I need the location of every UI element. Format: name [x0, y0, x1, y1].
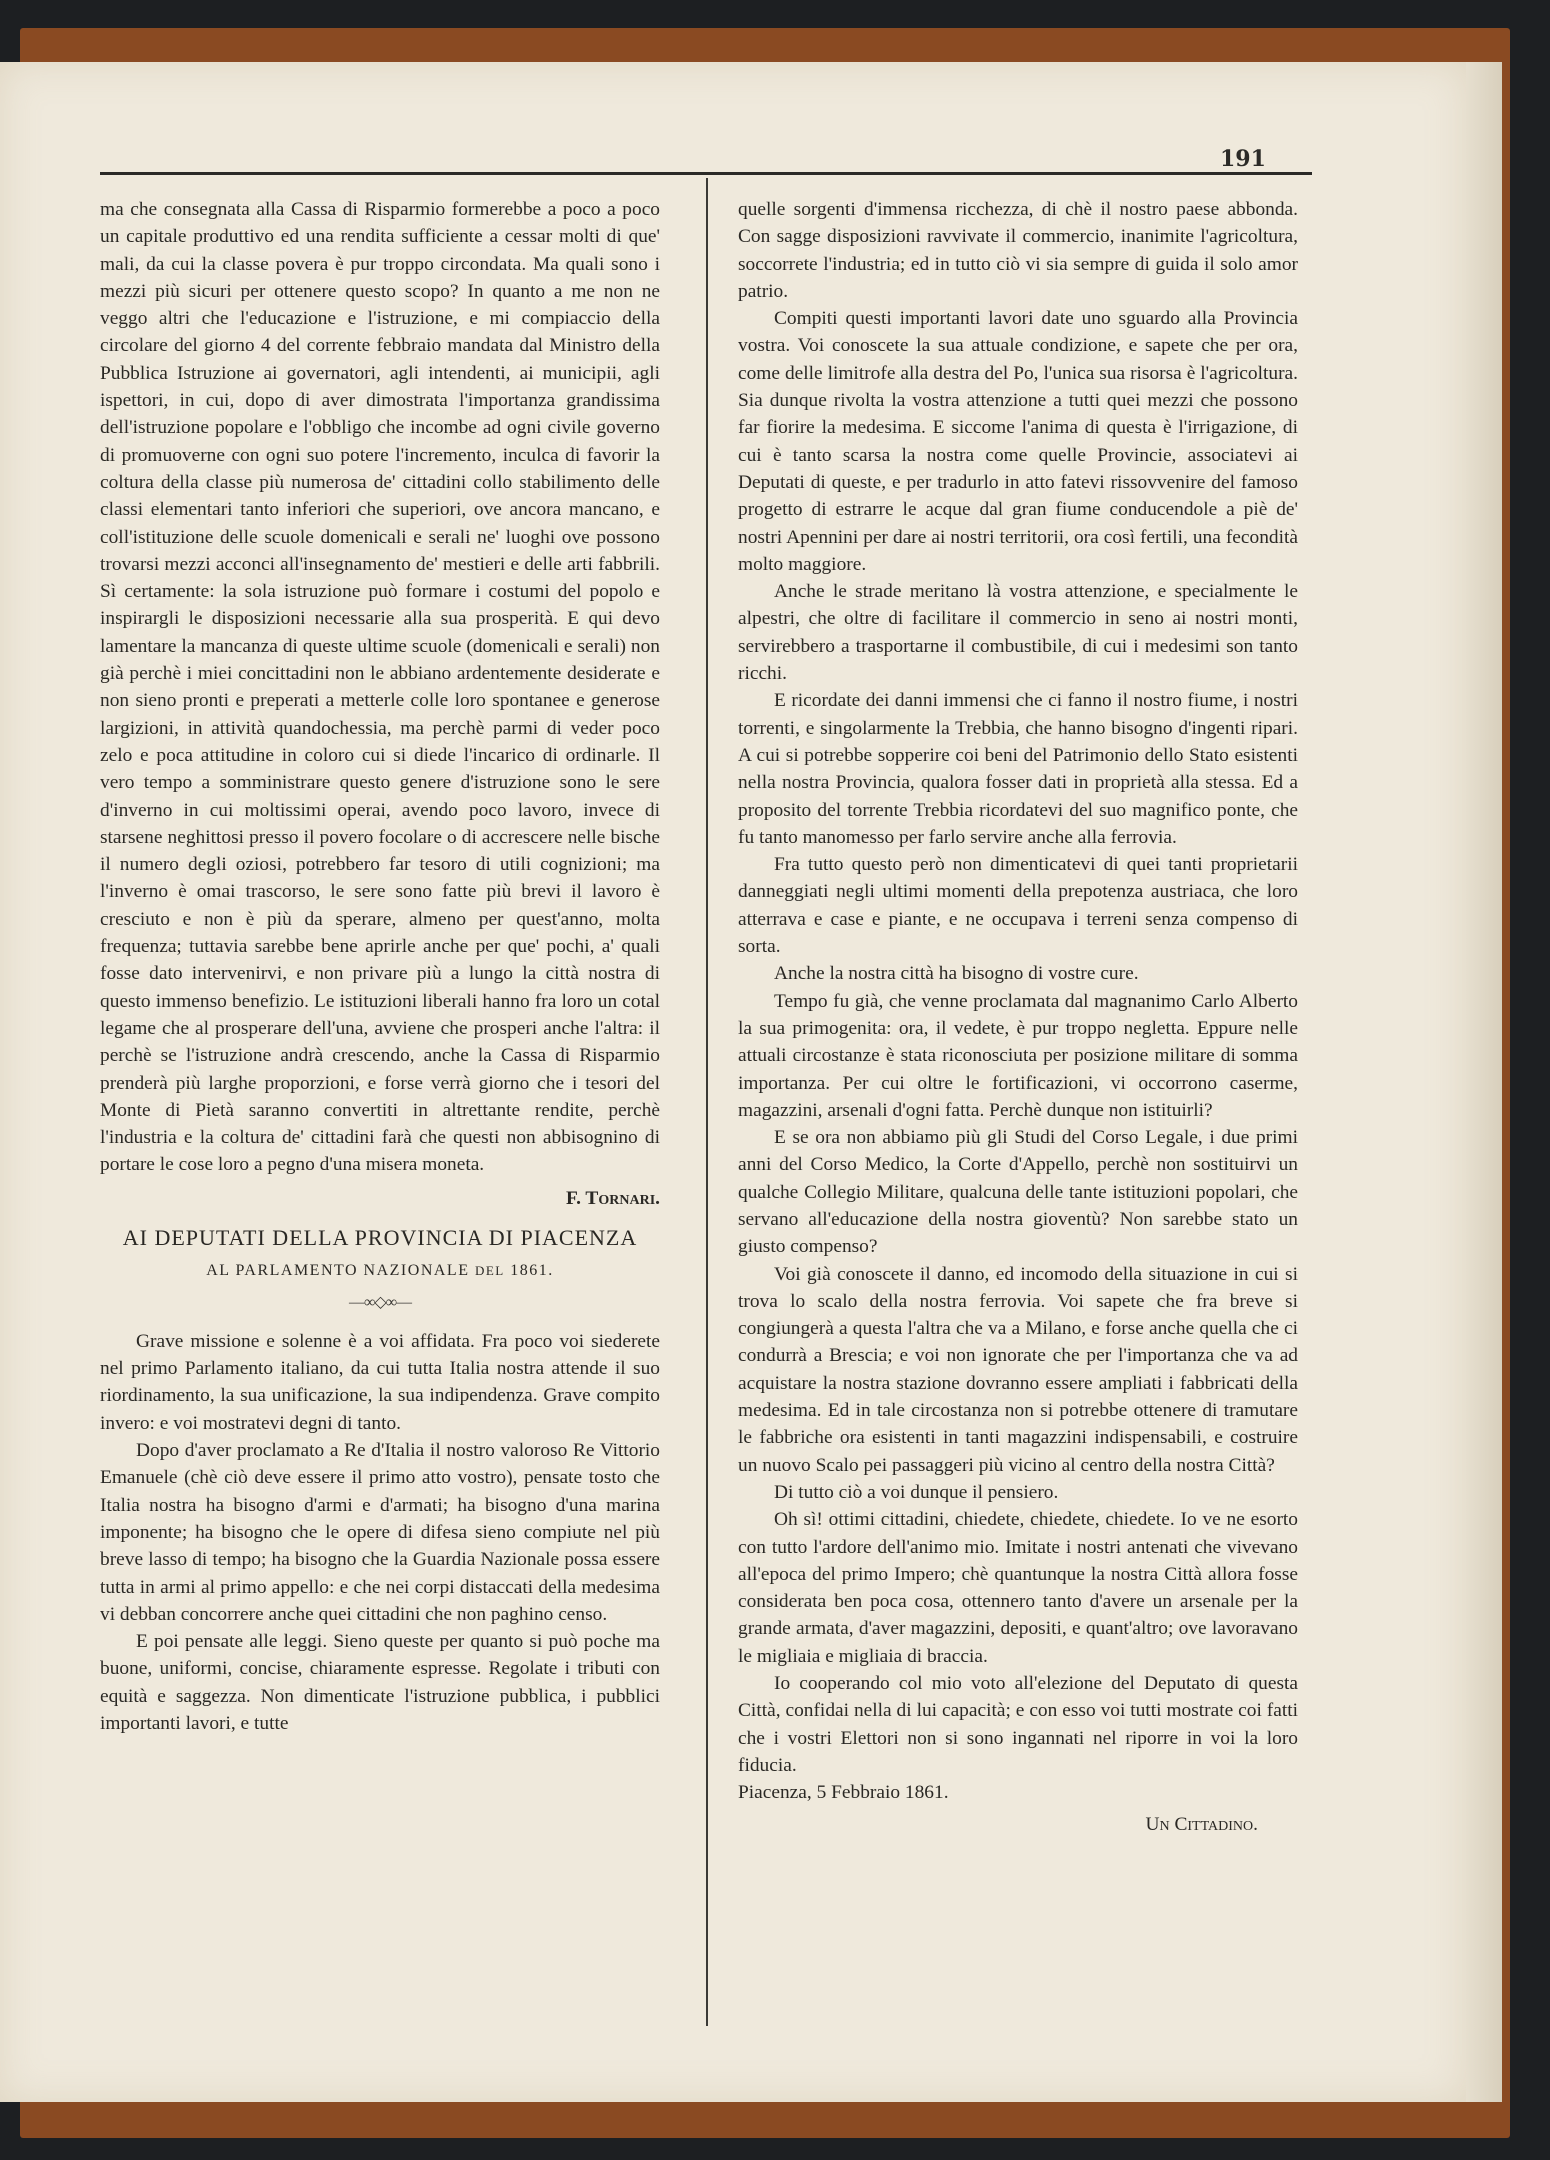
paragraph: Voi già conoscete il danno, ed incomodo … — [738, 1261, 1298, 1479]
paragraph: Anche la nostra città ha bisogno di vost… — [738, 960, 1298, 987]
article-heading: AI DEPUTATI DELLA PROVINCIA DI PIACENZA — [100, 1224, 660, 1251]
paragraph: Compiti questi importanti lavori date un… — [738, 305, 1298, 578]
right-column: quelle sorgenti d'immensa ricchezza, di … — [738, 196, 1298, 1838]
article-subheading: AL PARLAMENTO NAZIONALE DEL 1861. — [100, 1257, 660, 1284]
paragraph: Io cooperando col mio voto all'elezione … — [738, 1670, 1298, 1779]
paragraph: Fra tutto questo però non dimenticatevi … — [738, 851, 1298, 960]
paragraph: Tempo fu già, che venne proclamata dal m… — [738, 988, 1298, 1124]
paragraph: quelle sorgenti d'immensa ricchezza, di … — [738, 196, 1298, 305]
subheading-del: DEL — [475, 1263, 505, 1278]
page-number: 191 — [1220, 146, 1266, 172]
paragraph: Grave missione e solenne è a voi affidat… — [100, 1328, 660, 1437]
signature-cittadino: Un Cittadino. — [738, 1811, 1298, 1838]
paragraph: E se ora non abbiamo più gli Studi del C… — [738, 1124, 1298, 1260]
dateline: Piacenza, 5 Febbraio 1861. — [738, 1779, 1298, 1806]
paragraph: ma che consegnata alla Cassa di Risparmi… — [100, 196, 660, 1179]
subheading-text: AL PARLAMENTO NAZIONALE — [206, 1262, 469, 1279]
paragraph: Dopo d'aver proclamato a Re d'Italia il … — [100, 1437, 660, 1628]
signature-tornari: F. Tornari. — [100, 1185, 660, 1212]
page-edge — [1466, 62, 1502, 2102]
paragraph: E poi pensate alle leggi. Sieno queste p… — [100, 1628, 660, 1737]
decorative-ornament-icon: —∞◇∞— — [100, 1289, 660, 1316]
paragraph: E ricordate dei danni immensi che ci fan… — [738, 687, 1298, 851]
left-column: ma che consegnata alla Cassa di Risparmi… — [100, 196, 660, 1737]
header-rule — [100, 172, 1312, 175]
paragraph: Anche le strade meritano là vostra atten… — [738, 578, 1298, 687]
paragraph: Oh sì! ottimi cittadini, chiedete, chied… — [738, 1506, 1298, 1670]
paragraph: Di tutto ciò a voi dunque il pensiero. — [738, 1479, 1298, 1506]
subheading-year: 1861. — [510, 1262, 554, 1279]
column-divider — [706, 178, 708, 2026]
